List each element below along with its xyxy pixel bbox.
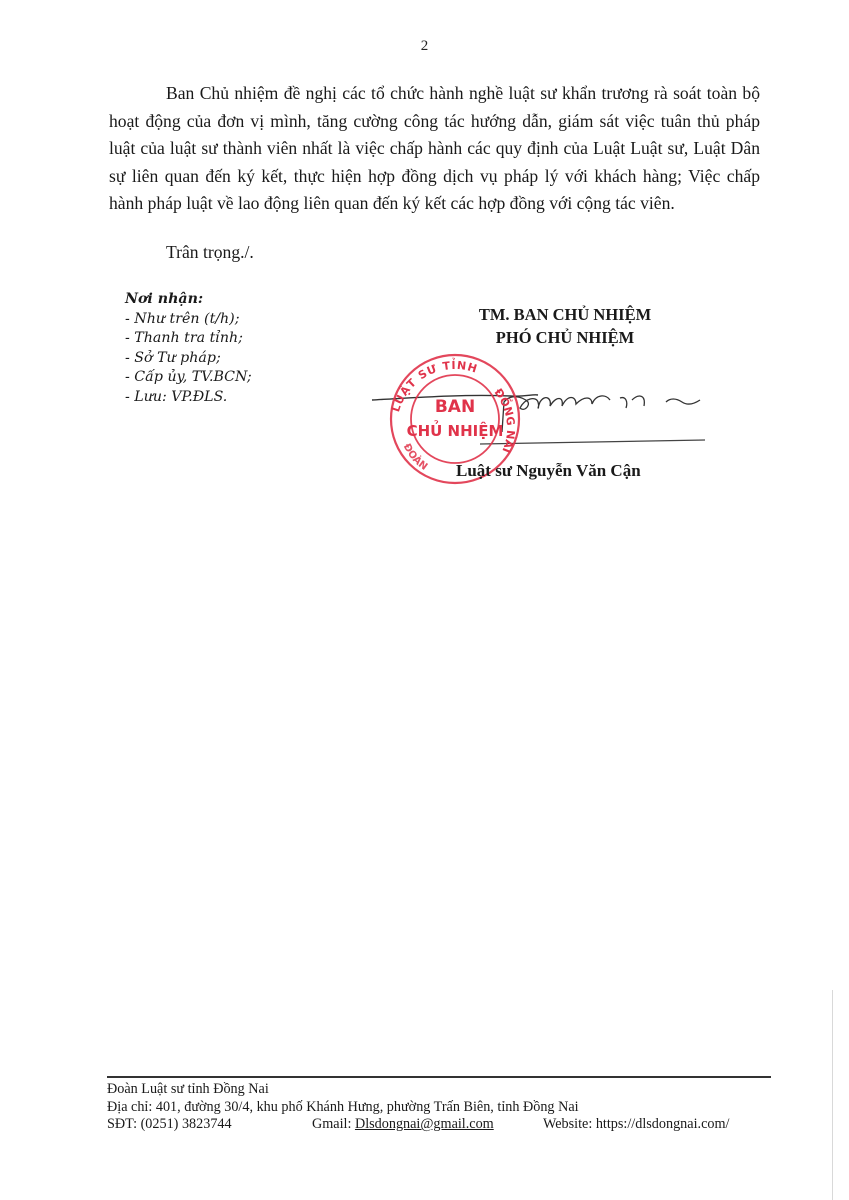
footer-divider [107,1076,771,1078]
footer-gmail-label: Gmail: [312,1116,355,1132]
recipient-item: - Sở Tư pháp; [125,349,252,369]
footer: Đoàn Luật sư tỉnh Đồng Nai Địa chỉ: 401,… [107,1081,767,1134]
footer-phone: SĐT: (0251) 3823744 [107,1116,232,1134]
signature-title-block: TM. BAN CHỦ NHIỆM PHÓ CHỦ NHIỆM [440,303,690,349]
signer-name: Luật sư Nguyễn Văn Cận [456,461,641,481]
signature-title-line1: TM. BAN CHỦ NHIỆM [440,303,690,326]
footer-org: Đoàn Luật sư tỉnh Đồng Nai [107,1081,767,1099]
scan-edge-line [832,990,833,1200]
stamp-center-line2: CHỦ NHIỆM [407,419,504,440]
footer-contact-row: SĐT: (0251) 3823744 Gmail: Dlsdongnai@gm… [107,1116,767,1134]
body-text: Ban Chủ nhiệm đề nghị các tổ chức hành n… [109,80,760,218]
recipient-item: - Như trên (t/h); [125,310,252,330]
footer-address: Địa chỉ: 401, đường 30/4, khu phố Khánh … [107,1099,767,1117]
svg-text:ĐỒNG NAI: ĐỒNG NAI [492,386,518,455]
footer-gmail: Gmail: Dlsdongnai@gmail.com [312,1116,494,1134]
recipients-title: Nơi nhận: [125,290,252,310]
closing-text: Trân trọng./. [166,242,254,263]
recipient-item: - Lưu: VP.ĐLS. [125,388,252,408]
recipient-item: - Thanh tra tỉnh; [125,329,252,349]
recipients-list: Nơi nhận: - Như trên (t/h); - Thanh tra … [125,290,252,408]
recipient-item: - Cấp ủy, TV.BCN; [125,368,252,388]
page-number: 2 [0,38,849,55]
stamp-center-line1: BAN [435,397,475,417]
document-page: 2 Ban Chủ nhiệm đề nghị các tổ chức hành… [0,0,849,1200]
signature-title-line2: PHÓ CHỦ NHIỆM [440,326,690,349]
footer-gmail-link[interactable]: Dlsdongnai@gmail.com [355,1116,494,1132]
body-paragraph: Ban Chủ nhiệm đề nghị các tổ chức hành n… [109,80,760,218]
footer-website[interactable]: Website: https://dlsdongnai.com/ [543,1116,729,1134]
